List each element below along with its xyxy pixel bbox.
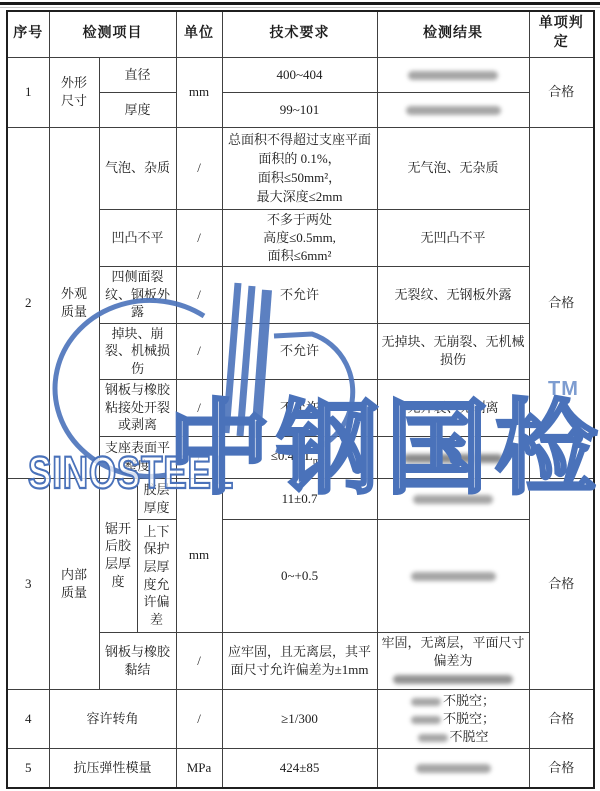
cell-req-rotation-angle: ≥1/300	[222, 689, 377, 748]
cell-group-appearance: 外观质量	[49, 127, 99, 478]
cell-item-diameter: 直径	[99, 57, 176, 92]
req-line: 面积的 0.1%，	[226, 149, 374, 168]
redacted-result	[411, 698, 441, 706]
cell-group-shape: 外形尺寸	[49, 57, 99, 127]
cell-no-1: 1	[7, 57, 49, 127]
cell-result-thickness	[377, 92, 529, 127]
header-no: 序号	[7, 11, 49, 57]
inspection-results-table: 序号 检测项目 单位 技术要求 检测结果 单项判定 1 外形尺寸 直径 mm 4…	[6, 10, 595, 789]
req-line: 总面积不得超过支座平面	[226, 130, 374, 149]
header-requirement: 技术要求	[222, 11, 377, 57]
redacted-result	[416, 764, 491, 773]
cell-req-diameter: 400~404	[222, 57, 377, 92]
cell-item-steel-rubber-bond: 钢板与橡胶黏结	[99, 632, 176, 689]
cell-result-rotation-angle: 不脱空； 不脱空； 不脱空	[377, 689, 529, 748]
redacted-result	[411, 716, 441, 724]
result-line: 不脱空；	[381, 710, 526, 728]
cell-result-unevenness: 无凹凸不平	[377, 209, 529, 266]
result-text: 不脱空	[450, 729, 489, 744]
req-flatness-sub: max	[313, 456, 329, 466]
cell-item-bubbles: 气泡、杂质	[99, 127, 176, 209]
cell-item-bond-crack: 钢板与橡胶粘接处开裂或剥离	[99, 379, 176, 436]
table-row: 1 外形尺寸 直径 mm 400~404 合格	[7, 57, 594, 92]
cell-req-bond-crack: 不允许	[222, 379, 377, 436]
result-line: 不脱空	[381, 728, 526, 746]
cell-result-glue-thickness	[377, 478, 529, 519]
cell-item-compression-modulus: 抗压弹性模量	[49, 748, 176, 788]
cell-unit-slash: /	[176, 379, 222, 436]
cell-no-5: 5	[7, 748, 49, 788]
cell-unit-mm-1: mm	[176, 57, 222, 127]
header-verdict: 单项判定	[529, 11, 594, 57]
cell-unit-slash: /	[176, 127, 222, 209]
cell-unit-mm-3: mm	[176, 478, 222, 632]
table-row: 5 抗压弹性模量 MPa 424±85 合格	[7, 748, 594, 788]
cell-req-steel-rubber-bond: 应牢固，且无离层，其平面尺寸允许偏差为±1mm	[222, 632, 377, 689]
cell-req-unevenness: 不多于两处 高度≤0.5mm, 面积≤6mm²	[222, 209, 377, 266]
req-line: 高度≤0.5mm,	[226, 229, 374, 247]
cell-result-bond-crack: 无开裂、无剥离	[377, 379, 529, 436]
cell-req-flatness: ≤0.4%Lmax	[222, 436, 377, 478]
cell-result-cover-deviation	[377, 519, 529, 632]
cell-req-cracks: 不允许	[222, 266, 377, 323]
cell-item-cover-deviation: 上下保护层厚度允许偏差	[137, 519, 176, 632]
table-row: 2 外观质量 气泡、杂质 / 总面积不得超过支座平面 面积的 0.1%， 面积≤…	[7, 127, 594, 209]
cell-verdict-5: 合格	[529, 748, 594, 788]
cell-verdict-2: 合格	[529, 127, 594, 478]
cell-result-flatness	[377, 436, 529, 478]
cell-req-glue-thickness: 11±0.7	[222, 478, 377, 519]
cell-item-thickness: 厚度	[99, 92, 176, 127]
req-line: 最大深度≤2mm	[226, 187, 374, 206]
cell-req-cover-deviation: 0~+0.5	[222, 519, 377, 632]
cell-req-thickness: 99~101	[222, 92, 377, 127]
cell-req-chipping: 不允许	[222, 323, 377, 379]
table-header-row: 序号 检测项目 单位 技术要求 检测结果 单项判定	[7, 11, 594, 57]
cell-item-chipping: 掉块、崩裂、机械损伤	[99, 323, 176, 379]
cell-item-glue-thickness: 胶层厚度	[137, 478, 176, 519]
cell-result-bubbles: 无气泡、无杂质	[377, 127, 529, 209]
cell-item-flatness: 支座表面平整度	[99, 436, 176, 478]
page-top-rule-thin	[0, 7, 600, 8]
cell-result-diameter	[377, 57, 529, 92]
header-item: 检测项目	[49, 11, 176, 57]
cell-no-3: 3	[7, 478, 49, 689]
result-text: 不脱空；	[443, 693, 495, 708]
cell-result-compression-modulus	[377, 748, 529, 788]
cell-item-unevenness: 凹凸不平	[99, 209, 176, 266]
table-row: 4 容许转角 / ≥1/300 不脱空； 不脱空； 不脱空 合格	[7, 689, 594, 748]
cell-unit-slash: /	[176, 266, 222, 323]
redacted-result	[403, 454, 503, 463]
cell-group-internal: 内部质量	[49, 478, 99, 689]
cell-unit-slash: /	[176, 436, 222, 478]
cell-result-chipping: 无掉块、无崩裂、无机械损伤	[377, 323, 529, 379]
header-unit: 单位	[176, 11, 222, 57]
req-line: 不多于两处	[226, 211, 374, 229]
redacted-line	[381, 669, 526, 687]
req-line: 面积≤6mm²	[226, 247, 374, 265]
page-top-rule	[0, 2, 600, 5]
cell-result-cracks: 无裂纹、无钢板外露	[377, 266, 529, 323]
redacted-result	[418, 734, 448, 742]
cell-no-2: 2	[7, 127, 49, 478]
cell-unit-slash: /	[176, 209, 222, 266]
redacted-result	[413, 495, 493, 504]
redacted-result	[393, 675, 513, 684]
cell-unit-slash: /	[176, 689, 222, 748]
cell-verdict-4: 合格	[529, 689, 594, 748]
redacted-result	[411, 572, 496, 581]
cell-req-bubbles: 总面积不得超过支座平面 面积的 0.1%， 面积≤50mm²， 最大深度≤2mm	[222, 127, 377, 209]
cell-item-cracks: 四侧面裂纹、钢板外露	[99, 266, 176, 323]
redacted-result	[408, 71, 498, 80]
cell-unit-mpa: MPa	[176, 748, 222, 788]
req-line: 面积≤50mm²，	[226, 168, 374, 187]
table-row: 3 内部质量 锯开后胶层厚度 胶层厚度 mm 11±0.7 合格	[7, 478, 594, 519]
req-flatness-main: ≤0.4%L	[271, 448, 313, 463]
cell-unit-slash: /	[176, 323, 222, 379]
cell-req-compression-modulus: 424±85	[222, 748, 377, 788]
redacted-result	[406, 106, 501, 115]
result-line: 不脱空；	[381, 692, 526, 710]
cell-verdict-3: 合格	[529, 478, 594, 689]
result-text: 不脱空；	[443, 711, 495, 726]
cell-unit-slash: /	[176, 632, 222, 689]
cell-no-4: 4	[7, 689, 49, 748]
cell-subgroup-sawn-layer: 锯开后胶层厚度	[99, 478, 137, 632]
header-result: 检测结果	[377, 11, 529, 57]
cell-result-steel-rubber-bond: 牢固，无离层，平面尺寸偏差为	[377, 632, 529, 689]
cell-verdict-1: 合格	[529, 57, 594, 127]
cell-item-rotation-angle: 容许转角	[49, 689, 176, 748]
result-text: 牢固，无离层，平面尺寸偏差为	[381, 634, 526, 669]
